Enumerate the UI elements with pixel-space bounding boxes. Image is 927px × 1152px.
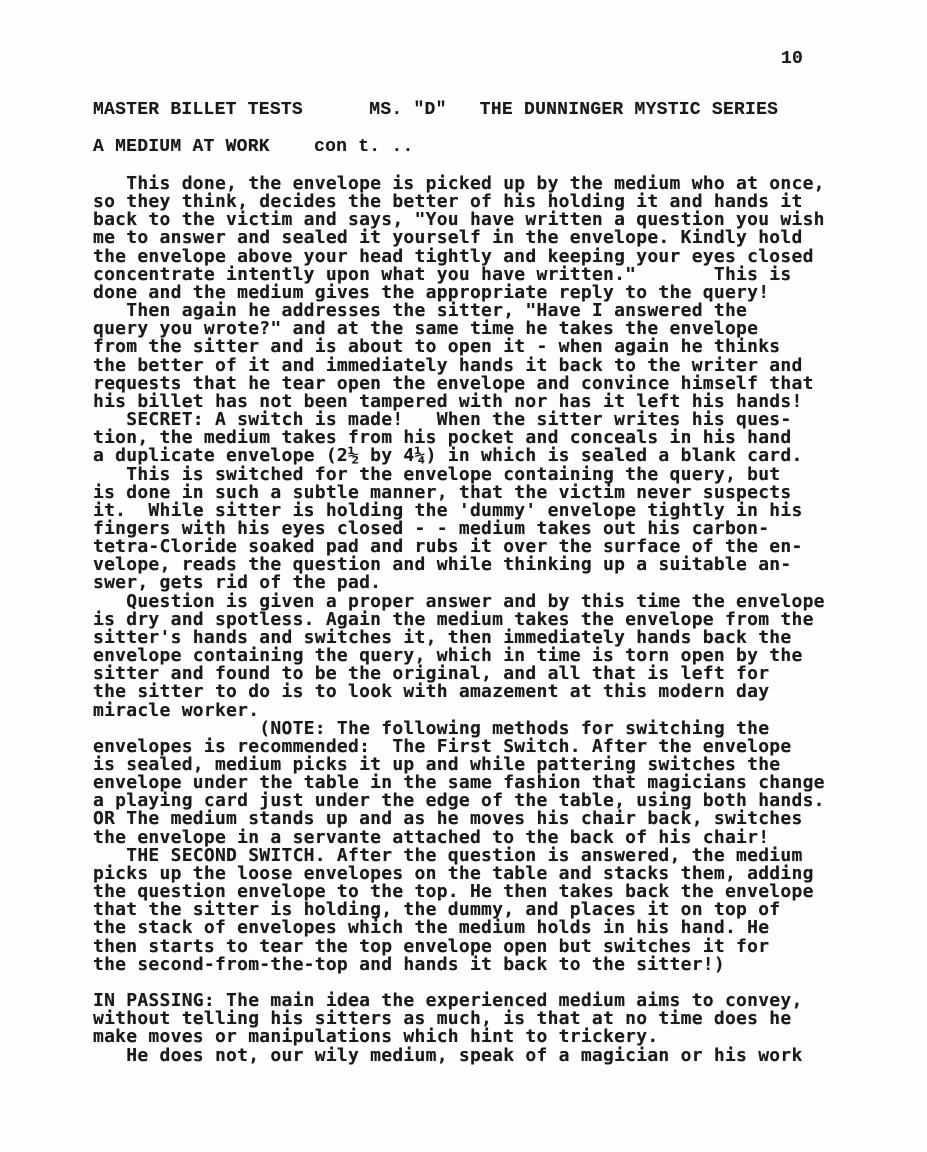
page-number: 10 bbox=[781, 50, 803, 68]
section-title: A MEDIUM AT WORK con t. .. bbox=[93, 138, 414, 156]
document-page: 10 MASTER BILLET TESTS MS. "D" THE DUNNI… bbox=[0, 0, 927, 1152]
document-title: MASTER BILLET TESTS MS. "D" THE DUNNINGE… bbox=[93, 101, 778, 119]
body-text: This done, the envelope is picked up by … bbox=[93, 175, 825, 1065]
